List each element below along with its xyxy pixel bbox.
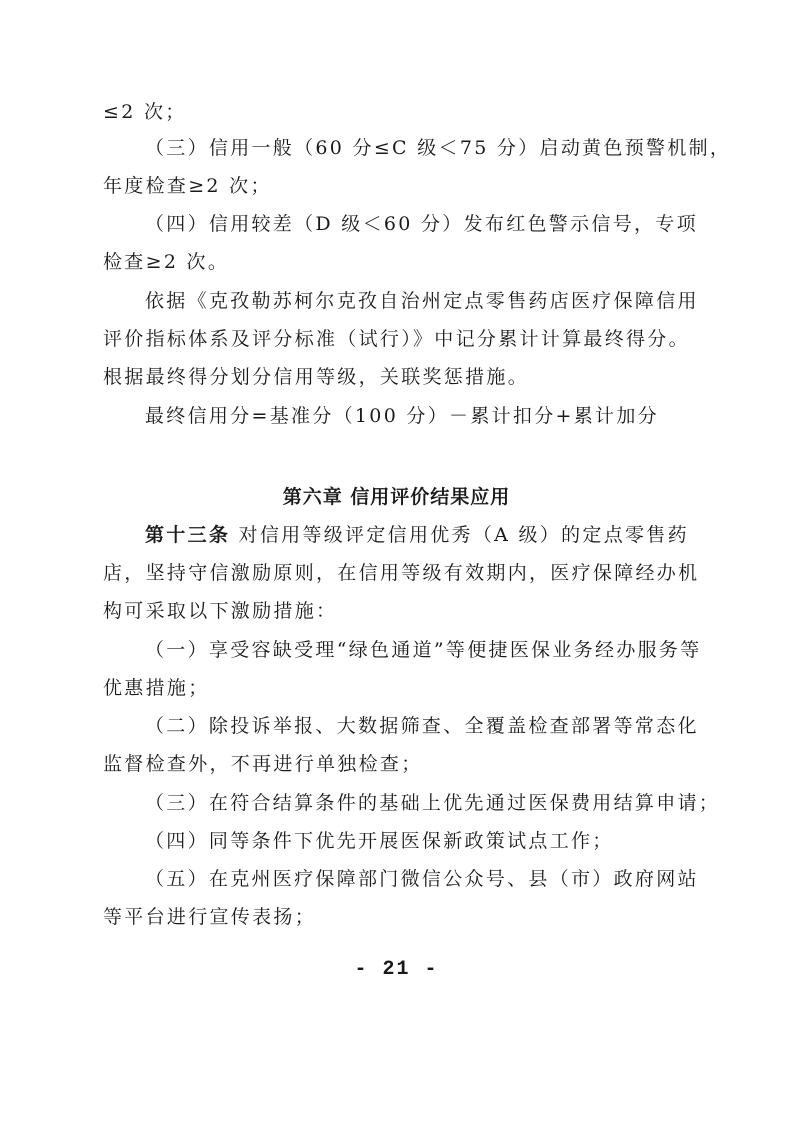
measure-line: 监督检查外，不再进行单独检查； — [103, 750, 423, 778]
chapter-heading: 第六章 信用评价结果应用 — [0, 483, 793, 511]
text-line: （三）信用一般（60 分≤C 级＜75 分）启动黄色预警机制， — [145, 134, 731, 162]
text-line: 检查≥2 次。 — [103, 248, 229, 276]
measure-line: （四）同等条件下优先开展医保新政策试点工作； — [145, 827, 614, 855]
text-line: ≤2 次； — [103, 98, 187, 126]
article-text: 对信用等级评定信用优秀（A 级）的定点零售药 — [230, 524, 689, 546]
article-label: 第十三条 — [145, 524, 230, 546]
article-line: 构可采取以下激励措施： — [103, 597, 337, 625]
measure-line: 优惠措施； — [103, 674, 210, 702]
article-thirteen-first-line: 第十三条 对信用等级评定信用优秀（A 级）的定点零售药 — [145, 521, 689, 549]
text-line: 评价指标体系及评分标准（试行）》中记分累计计算最终得分。 — [103, 325, 690, 353]
measure-line: （一）享受容缺受理“绿色通道”等便捷医保业务经办服务等 — [145, 636, 702, 664]
measure-line: （三）在符合结算条件的基础上优先通过医保费用结算申请； — [145, 789, 720, 817]
page-number: - 21 - — [0, 958, 793, 981]
measure-line: （五）在克州医疗保障部门微信公众号、县（市）政府网站 — [145, 865, 699, 893]
measure-line: （二）除投诉举报、大数据筛查、全覆盖检查部署等常态化 — [145, 712, 699, 740]
text-line: 根据最终得分划分信用等级，关联奖惩措施。 — [103, 363, 529, 391]
text-line: 最终信用分=基准分（100 分）－累计扣分+累计加分 — [145, 402, 659, 430]
text-line: （四）信用较差（D 级＜60 分）发布红色警示信号，专项 — [145, 210, 698, 238]
text-line: 依据《克孜勒苏柯尔克孜自治州定点零售药店医疗保障信用 — [145, 287, 699, 315]
measure-line: 等平台进行宣传表扬； — [103, 903, 316, 931]
document-page: ≤2 次；（三）信用一般（60 分≤C 级＜75 分）启动黄色预警机制，年度检查… — [0, 0, 793, 1122]
text-line: 年度检查≥2 次； — [103, 172, 272, 200]
article-line: 店，坚持守信激励原则，在信用等级有效期内，医疗保障经办机 — [103, 559, 699, 587]
